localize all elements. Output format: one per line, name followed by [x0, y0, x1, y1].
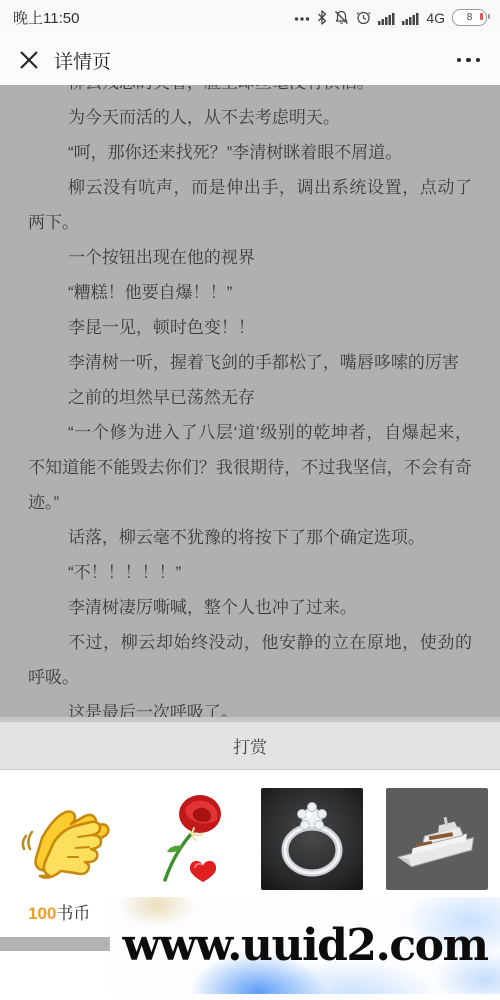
- network-type-label: 4G: [426, 10, 445, 26]
- clapping-hands-icon: [12, 788, 114, 890]
- reward-label: 打赏: [233, 733, 267, 758]
- reward-section-header[interactable]: 打赏: [0, 722, 500, 770]
- watermark-panel: www.uuid2.com: [110, 897, 500, 994]
- bell-muted-icon: [334, 10, 349, 25]
- paragraph: 李清树凄厉嘶喊，整个人也冲了过来。: [28, 590, 472, 625]
- close-icon[interactable]: [18, 49, 40, 71]
- paragraph: “一个修为进入了八层‘道’级别的乾坤者，自爆起来，不知道能不能毁去你们？我很期待…: [28, 415, 472, 520]
- phone-screen: 晚上11:50: [0, 0, 500, 1000]
- paragraph: 李清树一听，握着飞剑的手都松了，嘴唇哆嗦的厉害: [28, 345, 472, 380]
- paragraph: 不过，柳云却始终没动，他安静的立在原地，使劲的呼吸。: [28, 625, 472, 695]
- gift-yacht[interactable]: [386, 788, 488, 890]
- battery-level: 8: [467, 13, 473, 23]
- paragraph: 这是最后一次呼吸了。: [28, 695, 472, 717]
- paragraph: 李昆一见，顿时色变！！: [28, 310, 472, 345]
- gift-clapping-hands[interactable]: [12, 788, 114, 890]
- paragraph: 柳云残忍的笑着，脸上却丝毫没有惧怕。: [28, 85, 472, 100]
- more-menu-icon[interactable]: [455, 52, 483, 69]
- battery-low-tip: [480, 13, 483, 20]
- page-title: 详情页: [54, 47, 455, 74]
- signal-bars-icon: [378, 11, 395, 25]
- price-unit: 书币: [56, 904, 90, 923]
- header-bar: 详情页: [0, 35, 500, 85]
- reading-pane[interactable]: 柳云残忍的笑着，脸上却丝毫没有惧怕。 为今天而活的人，从不去考虑明天。 “呵，那…: [0, 85, 500, 717]
- gift-price: 100书币: [28, 899, 90, 924]
- novel-text: 柳云残忍的笑着，脸上却丝毫没有惧怕。 为今天而活的人，从不去考虑明天。 “呵，那…: [28, 85, 472, 717]
- yacht-icon: [386, 788, 488, 890]
- paragraph: “呵，那你还来找死？”李清树眯着眼不屑道。: [28, 135, 472, 170]
- status-bar: 晚上11:50: [0, 0, 500, 35]
- status-icons: 4G 8: [294, 9, 487, 26]
- paragraph: “糟糕！他要自爆！！”: [28, 275, 472, 310]
- more-dots-icon: [294, 11, 310, 25]
- gift-rose[interactable]: [137, 788, 239, 890]
- price-amount: 100: [28, 904, 56, 923]
- clock-time: 晚上11:50: [13, 7, 79, 28]
- diamond-ring-icon: [261, 788, 363, 890]
- alarm-clock-icon: [356, 10, 371, 25]
- battery-icon: 8: [452, 9, 487, 26]
- paragraph: 一个按钮出现在他的视界: [28, 240, 472, 275]
- paragraph: 为今天而活的人，从不去考虑明天。: [28, 100, 472, 135]
- signal-bars-icon: [402, 11, 419, 25]
- paragraph: 柳云没有吭声，而是伸出手，调出系统设置，点动了两下。: [28, 170, 472, 240]
- bluetooth-icon: [317, 10, 327, 25]
- rose-icon: [137, 788, 239, 890]
- paragraph: “不！！！！！”: [28, 555, 472, 590]
- gift-diamond-ring[interactable]: [261, 788, 363, 890]
- paragraph: 话落，柳云毫不犹豫的将按下了那个确定选项。: [28, 520, 472, 555]
- watermark-text: www.uuid2.com: [122, 920, 487, 971]
- paragraph: 之前的坦然早已荡然无存: [28, 380, 472, 415]
- gift-row: [12, 788, 488, 890]
